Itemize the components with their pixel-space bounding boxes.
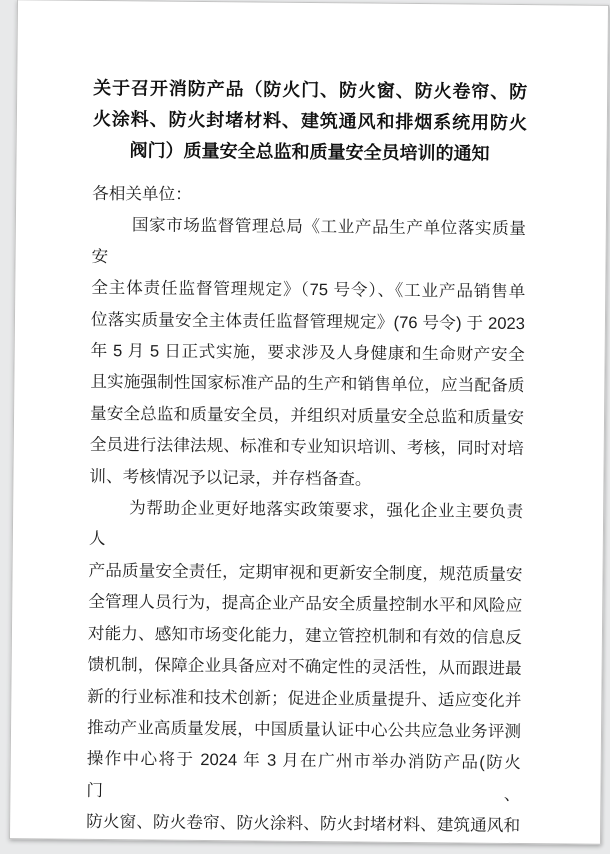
text-line: 全主体责任监督管理规定》（75 号令）、《工业产品销售单 (91, 272, 525, 308)
document-viewer-background: 关于召开消防产品（防火门、防火窗、防火卷帘、防火涂料、防火封堵材料、建筑通风和排… (0, 0, 610, 854)
text-line: 量安全总监和质量安全员，并组织对质量安全总监和质量安 (90, 398, 524, 434)
text-line: 全管理人员行为，提高企业产品安全质量控制水平和风险应 (88, 586, 522, 622)
document-body: 各相关单位：国家市场监督管理总局《工业产品生产单位落实质量安全主体责任监督管理规… (86, 178, 526, 842)
text-line: 且实施强制性国家标准产品的生产和销售单位，应当配备质 (90, 366, 524, 402)
text-line: 国家市场监督管理总局《工业产品生产单位落实质量安 (91, 209, 526, 276)
text-line: 产品质量安全责任，定期审视和更新安全制度，规范质量安 (88, 555, 522, 591)
text-line: 防火窗、防火卷帘、防火涂料、防火封堵材料、建筑通风和 (86, 806, 520, 842)
text-line: 操作中心将于 2024 年 3 月在广州市举办消防产品(防火门、 (86, 743, 521, 810)
title-line: 阀门）质量安全总监和质量安全员培训的通知 (92, 135, 526, 170)
text-line: 年 5 月 5 日正式实施，要求涉及人身健康和生命财产安全 (91, 335, 525, 371)
text-line: 新的行业标准和技术创新；促进企业质量提升、适应变化并 (87, 680, 521, 716)
document-page: 关于召开消防产品（防火门、防火窗、防火卷帘、防火涂料、防火封堵材料、建筑通风和排… (9, 0, 609, 845)
text-line: 为帮助企业更好地落实政策要求，强化企业主要负责人 (89, 492, 524, 559)
text-line: 位落实质量安全主体责任监督管理规定》(76 号令) 于 2023 (91, 304, 525, 340)
text-line: 各相关单位： (92, 178, 526, 214)
title-line: 关于召开消防产品（防火门、防火窗、防火卷帘、防 (93, 73, 527, 108)
text-line: 馈机制，保障企业具备应对不确定性的灵活性，从而跟进最 (88, 649, 522, 685)
text-line: 对能力、感知市场变化能力，建立管控机制和有效的信息反 (88, 618, 522, 654)
text-line: 全员进行法律法规、标准和专业知识培训、考核，同时对培 (90, 429, 524, 465)
title-line: 火涂料、防火封堵材料、建筑通风和排烟系统用防火 (93, 104, 527, 139)
text-line: 训、考核情况予以记录，并存档备查。 (89, 461, 523, 497)
document-title: 关于召开消防产品（防火门、防火窗、防火卷帘、防火涂料、防火封堵材料、建筑通风和排… (92, 73, 527, 170)
page-content: 关于召开消防产品（防火门、防火窗、防火卷帘、防火涂料、防火封堵材料、建筑通风和排… (10, 0, 608, 844)
text-line: 推动产业高质量发展，中国质量认证中心公共应急业务评测 (87, 712, 521, 748)
